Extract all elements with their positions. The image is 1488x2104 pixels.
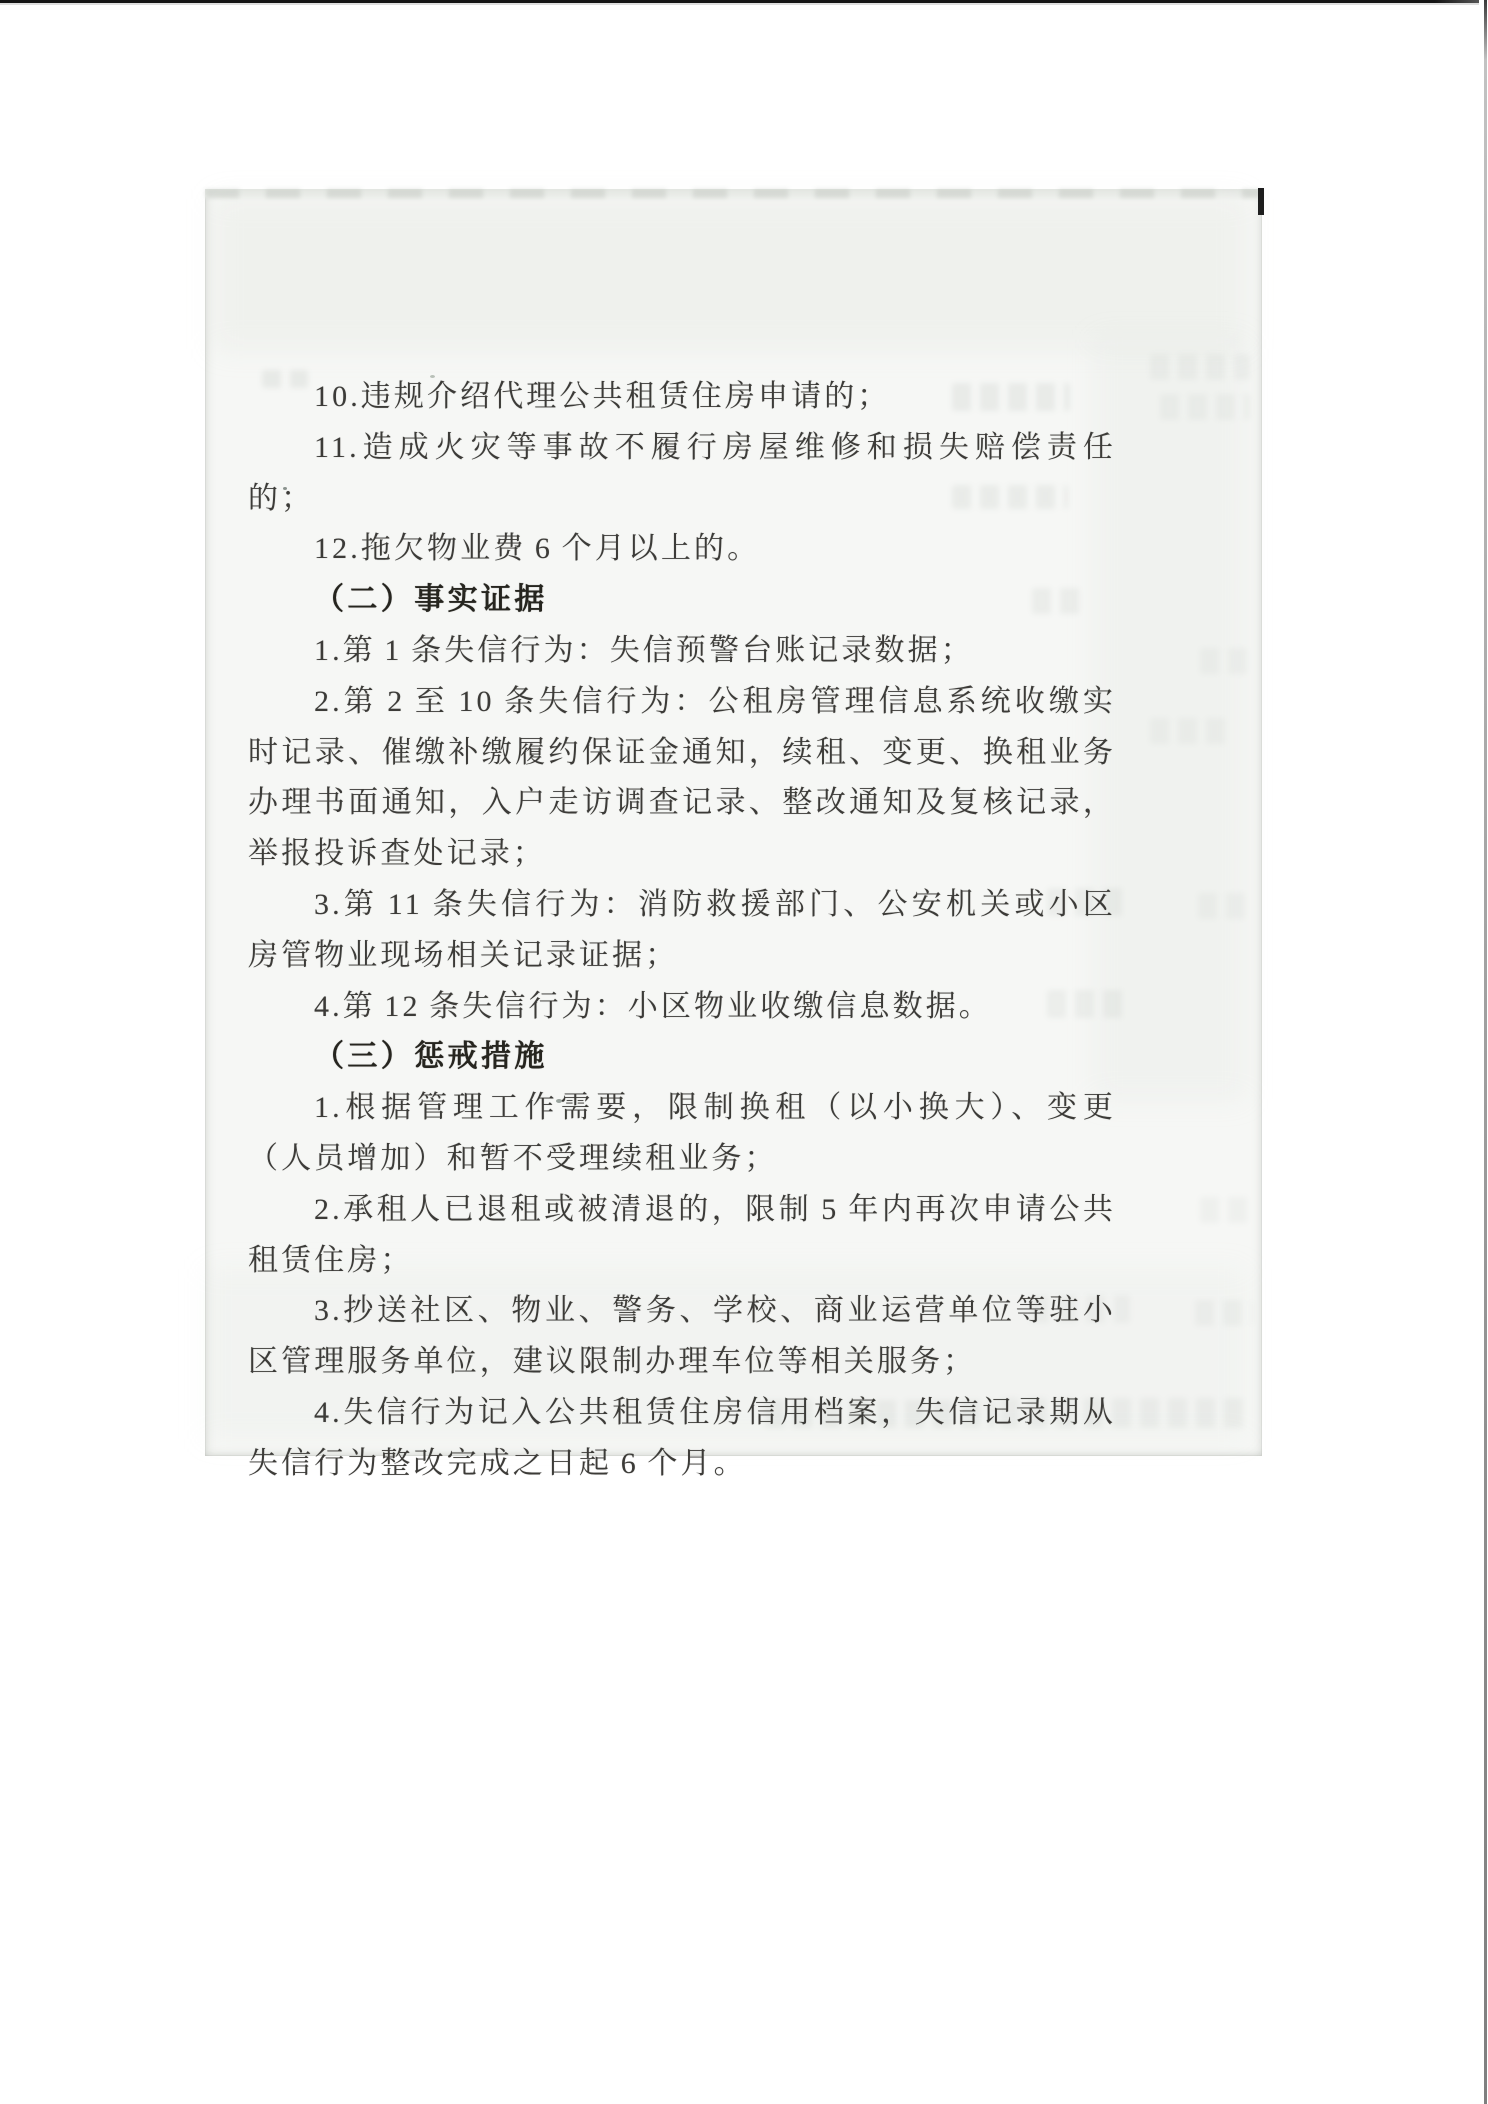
section-heading: （三）惩戒措施 (248, 1032, 1116, 1083)
scan-top-edge-shadow (0, 3, 1479, 5)
bleedthrough-mark (1195, 1300, 1253, 1326)
bleedthrough-mark (1198, 893, 1252, 919)
document-paragraph: 3.抄送社区、物业、警务、学校、商业运营单位等驻小区管理服务单位，建议限制办理车… (248, 1286, 1116, 1388)
document-page: 10.违规介绍代理公共租赁住房申请的；11.造成火灾等事故不履行房屋维修和损失赔… (205, 189, 1262, 1456)
document-paragraph: 1.根据管理工作需要，限制换租（以小换大）、变更（人员增加）和暂不受理续租业务； (248, 1083, 1116, 1185)
document-paragraph: 2.承租人已退租或被清退的，限制 5 年内再次申请公共租赁住房； (248, 1185, 1116, 1287)
page-top-mottle (205, 189, 1262, 198)
document-paragraph: 11.造成火灾等事故不履行房屋维修和损失赔偿责任的； (248, 423, 1116, 525)
document-paragraph: 12.拖欠物业费 6 个月以上的。 (248, 524, 1116, 575)
bleedthrough-mark (1200, 1197, 1252, 1223)
document-paragraph: 2.第 2 至 10 条失信行为：公租房管理信息系统收缴实时记录、催缴补缴履约保… (248, 677, 1116, 880)
document-paragraph: 10.违规介绍代理公共租赁住房申请的； (248, 372, 1116, 423)
bleedthrough-mark (1150, 718, 1230, 744)
section-heading: （二）事实证据 (248, 575, 1116, 626)
document-paragraph: 1.第 1 条失信行为：失信预警台账记录数据； (248, 626, 1116, 677)
bleedthrough-mark (1150, 354, 1250, 380)
document-body: 10.违规介绍代理公共租赁住房申请的；11.造成火灾等事故不履行房屋维修和损失赔… (248, 372, 1116, 1490)
page-corner-mark (1258, 188, 1264, 215)
document-paragraph: 4.第 12 条失信行为：小区物业收缴信息数据。 (248, 982, 1116, 1033)
scan-right-edge-line (1484, 0, 1487, 2104)
document-paragraph: 3.第 11 条失信行为：消防救援部门、公安机关或小区房管物业现场相关记录证据； (248, 880, 1116, 982)
document-paragraph: 4.失信行为记入公共租赁住房信用档案，失信记录期从失信行为整改完成之日起 6 个… (248, 1388, 1116, 1490)
scanned-document-canvas: 10.违规介绍代理公共租赁住房申请的；11.造成火灾等事故不履行房屋维修和损失赔… (0, 0, 1488, 2104)
paper-mottle (215, 199, 1245, 349)
bleedthrough-mark (1160, 394, 1250, 420)
bleedthrough-mark (1200, 648, 1252, 674)
paper-mottle (1095, 339, 1245, 1099)
